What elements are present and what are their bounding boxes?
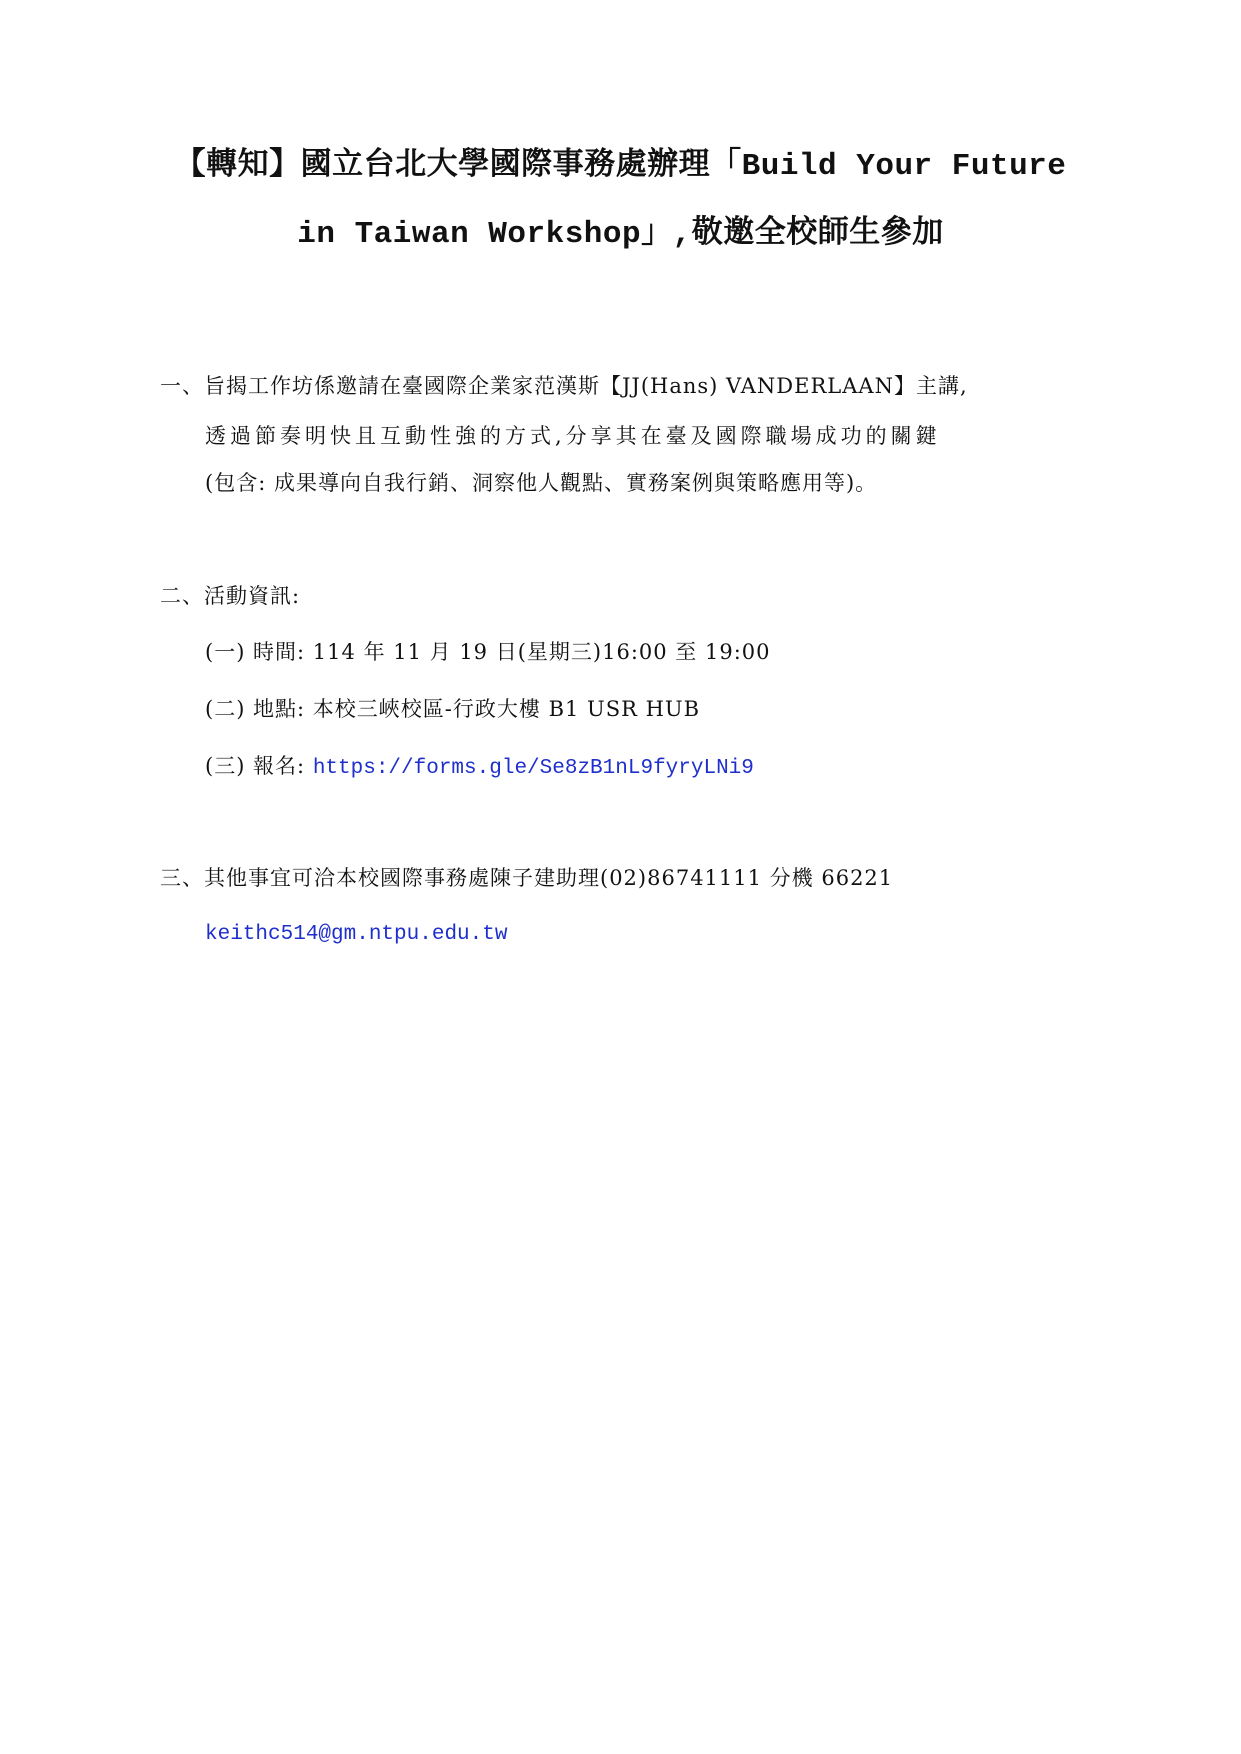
contact-email-row: keithc514@gm.ntpu.edu.tw xyxy=(205,920,507,946)
title-line-1: 【轉知】國立台北大學國際事務處辦理「Build Your Future xyxy=(0,138,1241,184)
registration-link[interactable]: https://forms.gle/Se8zB1nL9fyryLNi9 xyxy=(313,757,754,780)
section-2-heading: 二、活動資訊: xyxy=(160,580,300,610)
section-3-contact: 三、其他事宜可洽本校國際事務處陳子建助理(02)86741111 分機 6622… xyxy=(160,862,893,892)
event-place: (二) 地點: 本校三峽校區-行政大樓 B1 USR HUB xyxy=(205,693,700,723)
section-1-line-2: 透過節奏明快且互動性強的方式,分享其在臺及國際職場成功的關鍵 xyxy=(205,420,941,450)
event-time: (一) 時間: 114 年 11 月 19 日(星期三)16:00 至 19:0… xyxy=(205,636,771,666)
section-1-line-3: (包含: 成果導向自我行銷、洞察他人觀點、實務案例與策略應用等)。 xyxy=(205,467,877,497)
contact-email-link[interactable]: keithc514@gm.ntpu.edu.tw xyxy=(205,923,507,946)
registration-label: (三) 報名: xyxy=(205,754,313,778)
event-registration: (三) 報名: https://forms.gle/Se8zB1nL9fyryL… xyxy=(205,750,754,780)
section-1-line-1: 一、旨揭工作坊係邀請在臺國際企業家范漢斯【JJ(Hans) VANDERLAAN… xyxy=(160,370,968,400)
title-line-2: in Taiwan Workshop」,敬邀全校師生參加 xyxy=(0,206,1241,252)
